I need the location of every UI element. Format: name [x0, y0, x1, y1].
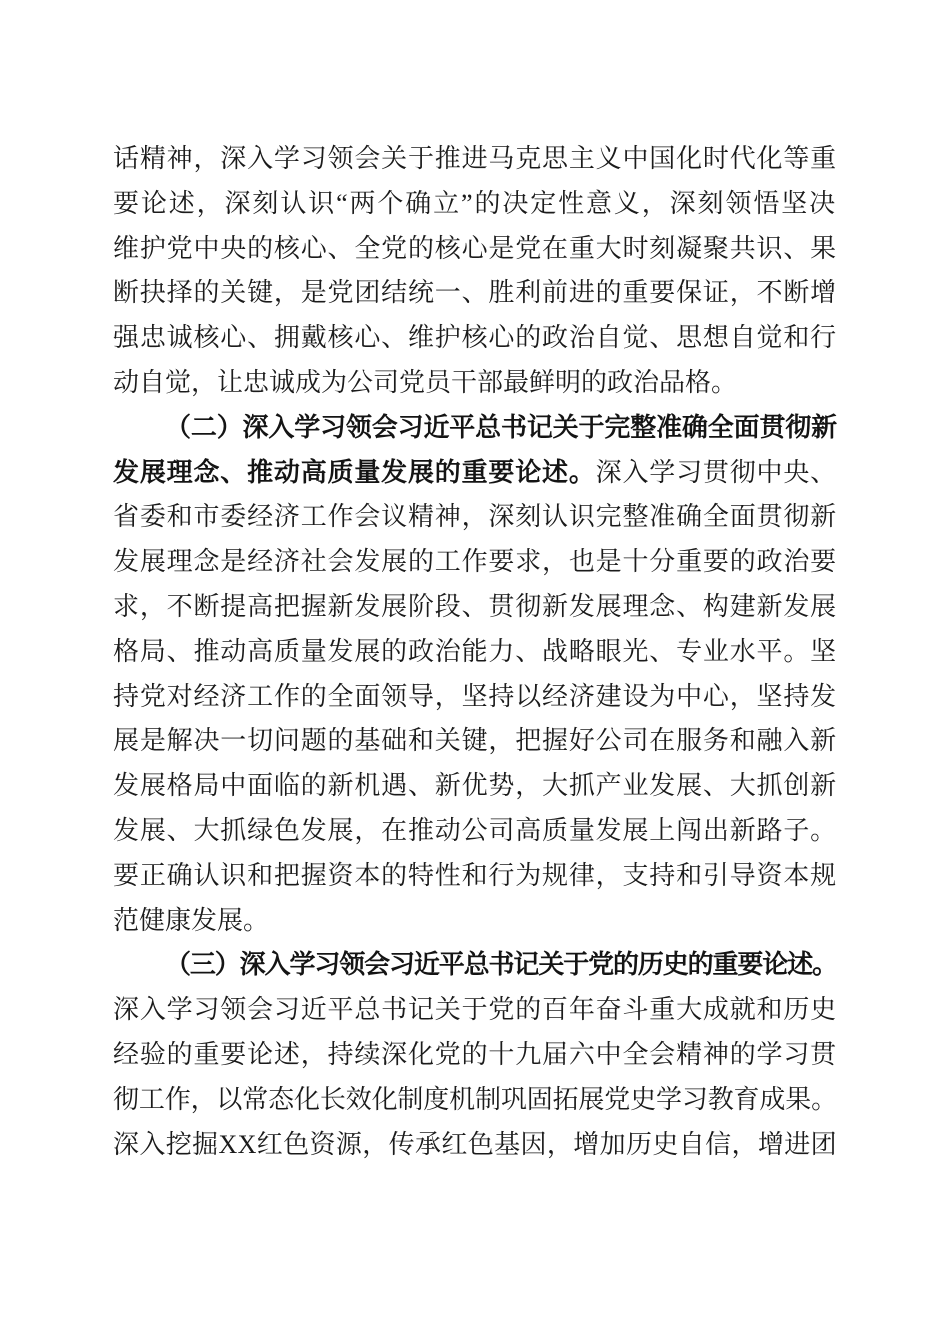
text-line-content: 格局、推动高质量发展的政治能力、战略眼光、专业水平。坚: [113, 630, 837, 675]
text-line: 断抉择的关键，是党团结统一、胜利前进的重要保证，不断增: [113, 271, 837, 316]
text-line-content: 深入学习领会习近平总书记关于党的百年奋斗重大成就和历史: [113, 988, 837, 1033]
text-line-content: 范健康发展。: [113, 899, 269, 944]
text-line: 发展理念、推动高质量发展的重要论述。深入学习贯彻中央、: [113, 451, 837, 496]
body-text-segment: 求，不断提高把握新发展阶段、贯彻新发展理念、构建新发展: [113, 592, 837, 621]
heading-segment: 发展理念、推动高质量发展的重要论述。: [113, 458, 596, 487]
body-text-segment: 要论述，深刻认识“两个确立”的决定性意义，深刻领悟坚决: [113, 189, 837, 218]
body-text-segment: 维护党中央的核心、全党的核心是党在重大时刻凝聚共识、果: [113, 234, 837, 263]
text-line-content: 彻工作，以常态化长效化制度机制巩固拓展党史学习教育成果。: [113, 1078, 837, 1123]
body-text-segment: 强忠诚核心、拥戴核心、维护核心的政治自觉、思想自觉和行: [113, 323, 837, 352]
body-text-segment: 发展、大抓绿色发展，在推动公司高质量发展上闯出新路子。: [113, 816, 837, 845]
text-line-content: 省委和市委经济工作会议精神，深刻认识完整准确全面贯彻新: [113, 495, 837, 540]
body-text-segment: 发展格局中面临的新机遇、新优势，大抓产业发展、大抓创新: [113, 771, 837, 800]
text-line-content: 要正确认识和把握资本的特性和行为规律，支持和引导资本规: [113, 854, 837, 899]
document-page: 话精神，深入学习领会关于推进马克思主义中国化时代化等重要论述，深刻认识“两个确立…: [0, 0, 950, 1344]
body-text-segment: 深入学习领会习近平总书记关于党的百年奋斗重大成就和历史: [113, 995, 837, 1024]
text-line-content: 强忠诚核心、拥戴核心、维护核心的政治自觉、思想自觉和行: [113, 316, 837, 361]
text-line: 范健康发展。: [113, 899, 837, 944]
text-line: 格局、推动高质量发展的政治能力、战略眼光、专业水平。坚: [113, 630, 837, 675]
body-text-segment: 深入挖掘XX红色资源，传承红色基因，增加历史自信，增进团: [113, 1130, 837, 1159]
text-line: 持党对经济工作的全面领导，坚持以经济建设为中心，坚持发: [113, 675, 837, 720]
body-text-segment: 彻工作，以常态化长效化制度机制巩固拓展党史学习教育成果。: [113, 1085, 837, 1114]
text-line-content: 发展格局中面临的新机遇、新优势，大抓产业发展、大抓创新: [113, 764, 837, 809]
text-line: 求，不断提高把握新发展阶段、贯彻新发展理念、构建新发展: [113, 585, 837, 630]
text-line: 要正确认识和把握资本的特性和行为规律，支持和引导资本规: [113, 854, 837, 899]
text-line-content: 发展、大抓绿色发展，在推动公司高质量发展上闯出新路子。: [113, 809, 837, 854]
body-text-segment: 经验的重要论述，持续深化党的十九届六中全会精神的学习贯: [113, 1040, 837, 1069]
text-line-content: 展是解决一切问题的基础和关键，把握好公司在服务和融入新: [113, 719, 837, 764]
text-line: 经验的重要论述，持续深化党的十九届六中全会精神的学习贯: [113, 1033, 837, 1078]
text-line: 发展理念是经济社会发展的工作要求，也是十分重要的政治要: [113, 540, 837, 585]
text-line: 话精神，深入学习领会关于推进马克思主义中国化时代化等重: [113, 137, 837, 182]
text-line-content: 深入挖掘XX红色资源，传承红色基因，增加历史自信，增进团: [113, 1123, 837, 1168]
text-line-content: 动自觉，让忠诚成为公司党员干部最鲜明的政治品格。: [113, 361, 737, 406]
text-line: 发展、大抓绿色发展，在推动公司高质量发展上闯出新路子。: [113, 809, 837, 854]
text-line-content: （二）深入学习领会习近平总书记关于完整准确全面贯彻新: [165, 406, 837, 451]
text-line: 强忠诚核心、拥戴核心、维护核心的政治自觉、思想自觉和行: [113, 316, 837, 361]
text-line-content: 维护党中央的核心、全党的核心是党在重大时刻凝聚共识、果: [113, 227, 837, 272]
text-line: 深入学习领会习近平总书记关于党的百年奋斗重大成就和历史: [113, 988, 837, 1033]
text-line-content: 持党对经济工作的全面领导，坚持以经济建设为中心，坚持发: [113, 675, 837, 720]
text-line-content: （三）深入学习领会习近平总书记关于党的历史的重要论述。: [165, 943, 837, 988]
body-text-segment: 要正确认识和把握资本的特性和行为规律，支持和引导资本规: [113, 861, 837, 890]
body-text-segment: 话精神，深入学习领会关于推进马克思主义中国化时代化等重: [113, 144, 837, 173]
body-text-segment: 动自觉，让忠诚成为公司党员干部最鲜明的政治品格。: [113, 368, 737, 397]
text-line: （二）深入学习领会习近平总书记关于完整准确全面贯彻新: [113, 406, 837, 451]
text-line: 动自觉，让忠诚成为公司党员干部最鲜明的政治品格。: [113, 361, 837, 406]
body-text-segment: 省委和市委经济工作会议精神，深刻认识完整准确全面贯彻新: [113, 502, 837, 531]
body-text-segment: 断抉择的关键，是党团结统一、胜利前进的重要保证，不断增: [113, 278, 837, 307]
text-line: （三）深入学习领会习近平总书记关于党的历史的重要论述。: [113, 943, 837, 988]
text-body: 话精神，深入学习领会关于推进马克思主义中国化时代化等重要论述，深刻认识“两个确立…: [113, 137, 837, 1167]
text-line-content: 求，不断提高把握新发展阶段、贯彻新发展理念、构建新发展: [113, 585, 837, 630]
body-text-segment: 展是解决一切问题的基础和关键，把握好公司在服务和融入新: [113, 726, 837, 755]
heading-segment: （三）深入学习领会习近平总书记关于党的历史的重要论述。: [165, 950, 837, 979]
text-line: 发展格局中面临的新机遇、新优势，大抓产业发展、大抓创新: [113, 764, 837, 809]
text-line-content: 发展理念、推动高质量发展的重要论述。深入学习贯彻中央、: [113, 451, 837, 496]
text-line-content: 话精神，深入学习领会关于推进马克思主义中国化时代化等重: [113, 137, 837, 182]
text-line: 深入挖掘XX红色资源，传承红色基因，增加历史自信，增进团: [113, 1123, 837, 1168]
body-text-segment: 格局、推动高质量发展的政治能力、战略眼光、专业水平。坚: [113, 637, 837, 666]
body-text-segment: 深入学习贯彻中央、: [596, 458, 837, 487]
body-text-segment: 发展理念是经济社会发展的工作要求，也是十分重要的政治要: [113, 547, 837, 576]
body-text-segment: 持党对经济工作的全面领导，坚持以经济建设为中心，坚持发: [113, 682, 837, 711]
text-line: 维护党中央的核心、全党的核心是党在重大时刻凝聚共识、果: [113, 227, 837, 272]
text-line-content: 发展理念是经济社会发展的工作要求，也是十分重要的政治要: [113, 540, 837, 585]
body-text-segment: 范健康发展。: [113, 906, 269, 935]
text-line-content: 要论述，深刻认识“两个确立”的决定性意义，深刻领悟坚决: [113, 182, 837, 227]
text-line-content: 经验的重要论述，持续深化党的十九届六中全会精神的学习贯: [113, 1033, 837, 1078]
heading-segment: （二）深入学习领会习近平总书记关于完整准确全面贯彻新: [165, 413, 837, 442]
text-line: 彻工作，以常态化长效化制度机制巩固拓展党史学习教育成果。: [113, 1078, 837, 1123]
text-line: 省委和市委经济工作会议精神，深刻认识完整准确全面贯彻新: [113, 495, 837, 540]
text-line-content: 断抉择的关键，是党团结统一、胜利前进的重要保证，不断增: [113, 271, 837, 316]
text-line: 要论述，深刻认识“两个确立”的决定性意义，深刻领悟坚决: [113, 182, 837, 227]
text-line: 展是解决一切问题的基础和关键，把握好公司在服务和融入新: [113, 719, 837, 764]
